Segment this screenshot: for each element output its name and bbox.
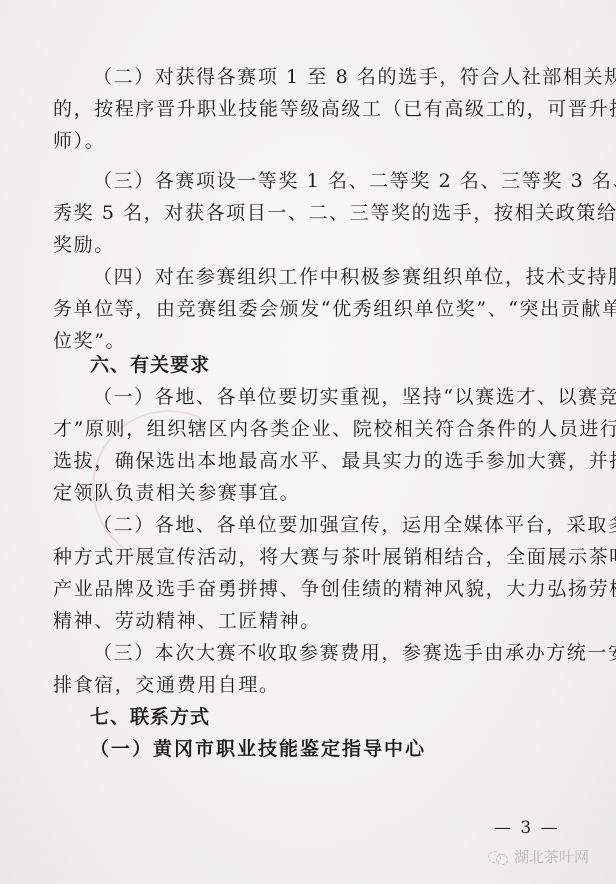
- paragraph-line: 定领队负责相关参赛事宜。: [53, 482, 557, 504]
- watermark: 湖北茶叶网: [488, 846, 589, 867]
- contact-subheading: （一）黄冈市职业技能鉴定指导中心: [90, 738, 554, 760]
- paragraph-line: 奖励。: [53, 234, 557, 256]
- paragraph-line: 务单位等，由竞赛组委会颁发“优秀组织单位奖”、“突出贡献单: [53, 298, 557, 320]
- paragraph-line: 精神、劳动精神、工匠精神。: [53, 610, 557, 632]
- paragraph-line: 产业品牌及选手奋勇拼搏、争创佳绩的精神风貌，大力弘扬劳模: [53, 578, 557, 600]
- section-heading-contact: 七、联系方式: [90, 706, 554, 728]
- paragraph-line: 才”原则，组织辖区内各类企业、院校相关符合条件的人员进行: [53, 418, 557, 440]
- paragraph-line: 排食宿，交通费用自理。: [53, 674, 557, 696]
- paragraph-line: （三）本次大赛不收取参赛费用，参赛选手由承办方统一安: [93, 642, 557, 664]
- document-page: （二）对获得各赛项 1 至 8 名的选手，符合人社部相关规定 的，按程序晋升职业…: [0, 0, 616, 884]
- paragraph-line: 选拔，确保选出本地最高水平、最具实力的选手参加大赛，并指: [53, 450, 557, 472]
- paragraph-line: 位奖”。: [53, 330, 557, 352]
- paragraph-line: （二）对获得各赛项 1 至 8 名的选手，符合人社部相关规定: [93, 66, 557, 88]
- page-number: — 3 —: [494, 818, 560, 838]
- paragraph-line: 的，按程序晋升职业技能等级高级工（已有高级工的，可晋升技: [53, 98, 557, 120]
- paragraph-line: 秀奖 5 名，对获各项目一、二、三等奖的选手，按相关政策给予: [53, 202, 557, 224]
- watermark-text: 湖北茶叶网: [514, 846, 589, 867]
- paragraph-line: （四）对在参赛组织工作中积极参赛组织单位，技术支持服: [93, 266, 557, 288]
- section-heading-requirements: 六、有关要求: [90, 354, 554, 376]
- paragraph-line: 师）。: [53, 130, 557, 152]
- paragraph-line: （一）各地、各单位要切实重视，坚持“以赛选才、以赛竞: [93, 386, 557, 408]
- paragraph-line: 种方式开展宣传活动，将大赛与茶叶展销相结合，全面展示茶叶: [53, 546, 557, 568]
- paragraph-line: （三）各赛项设一等奖 1 名、二等奖 2 名、三等奖 3 名、优: [93, 170, 557, 192]
- paragraph-line: （二）各地、各单位要加强宣传，运用全媒体平台，采取多: [93, 514, 557, 536]
- wechat-icon: [488, 850, 508, 864]
